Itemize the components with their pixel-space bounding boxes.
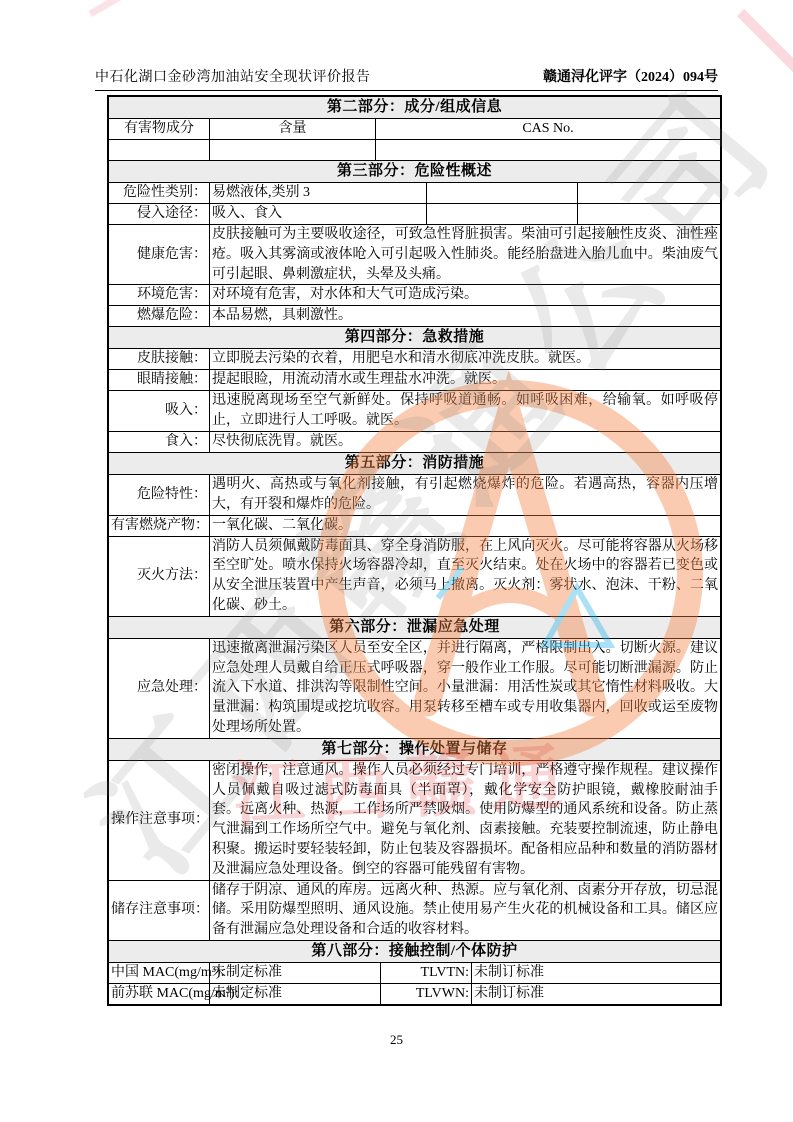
row-label-cell: 前苏联 MAC(mg/m³): [109, 984, 209, 1004]
table-cell: 迅速脱离现场至空气新鲜处。保持呼吸道通畅。如呼吸困难，给输氧。如呼吸停止，立即进… [209, 391, 720, 431]
table-cell: 本品易燃，具刺激性。 [209, 306, 720, 326]
cell-text: 储存于阴凉、通风的库房。远离火种、热源。应与氧化剂、卤素分开存放，切忌混储。采用… [212, 881, 718, 940]
table-cell: 消防人员须佩戴防毒面具、穿全身消防服，在上风向灭火。尽可能将容器从火场移至空旷处… [209, 537, 720, 616]
table-cell [577, 183, 720, 203]
row-label-cell: 皮肤接触： [109, 349, 209, 369]
table-cell [426, 183, 577, 203]
cell-text: 有害物成分 [111, 119, 207, 139]
cell-text: 操作注意事项： [111, 810, 207, 830]
watermark-corner-mark [737, 9, 793, 77]
cell-text: 吸入： [111, 401, 207, 421]
row-label-cell: 操作注意事项： [109, 761, 209, 880]
table-row: 灭火方法：消防人员须佩戴防毒面具、穿全身消防服，在上风向灭火。尽可能将容器从火场… [109, 536, 720, 616]
cell-text: 提起眼睑，用流动清水或生理盐水冲洗。就医。 [212, 370, 718, 390]
table-row: 应急处理：迅速撤离泄漏污染区人员至安全区，并进行隔离，严格限制出入。切断火源。建… [109, 638, 720, 738]
table-row: 皮肤接触：立即脱去污染的衣着，用肥皂水和清水彻底冲洗皮肤。就医。 [109, 348, 720, 369]
table-cell: 含量 [209, 119, 375, 139]
header-report-title: 中石化湖口金砂湾加油站安全现状评价报告 [95, 66, 371, 86]
cell-text: TLVWN: [383, 984, 469, 1004]
table-cell: 未制定标准 [209, 963, 380, 983]
section-header-row: 第八部分：接触控制/个体防护 [109, 940, 720, 962]
header-doc-number: 赣通浔化评字（2024）094号 [543, 66, 718, 86]
table-cell: CAS No. [375, 119, 720, 139]
table-row: 有害物成分含量CAS No. [109, 118, 720, 139]
cell-text: 迅速撤离泄漏污染区人员至安全区，并进行隔离，严格限制出入。切断火源。建议应急处理… [212, 639, 718, 738]
cell-text: 灭火方法： [111, 566, 207, 586]
cell-text: CAS No. [378, 119, 718, 139]
watermark-corner-mark-left [89, 0, 122, 17]
cell-text: 应急处理： [111, 678, 207, 698]
cell-text: 含量 [212, 119, 373, 139]
cell-text: 前苏联 MAC(mg/m³): [111, 984, 207, 1004]
table-row: 有害燃烧产物：一氧化碳、二氧化碳。 [109, 515, 720, 536]
cell-text: 中国 MAC(mg/m³): [111, 963, 207, 983]
cell-text: 食入： [111, 432, 207, 452]
cell-text: 未制订标准 [474, 984, 718, 1004]
table-cell [426, 204, 577, 224]
table-row: 食入：尽快彻底洗胃。就医。 [109, 431, 720, 452]
table-cell: 迅速撤离泄漏污染区人员至安全区，并进行隔离，严格限制出入。切断火源。建议应急处理… [209, 639, 720, 738]
row-label-cell: 有害物成分 [109, 119, 209, 139]
cell-text: 危险性类别： [111, 183, 207, 203]
table-row: 燃爆危险：本品易燃，具刺激性。 [109, 305, 720, 326]
section-header-row: 第三部分：危险性概述 [109, 160, 720, 182]
row-label-cell: 吸入： [109, 391, 209, 431]
table-cell: 储存于阴凉、通风的库房。远离火种、热源。应与氧化剂、卤素分开存放，切忌混储。采用… [209, 881, 720, 940]
table-row: 储存注意事项：储存于阴凉、通风的库房。远离火种、热源。应与氧化剂、卤素分开存放，… [109, 880, 720, 940]
table-cell: 易燃液体,类别 3 [209, 183, 426, 203]
row-label-cell: 食入： [109, 432, 209, 452]
table-cell: 一氧化碳、二氧化碳。 [209, 516, 720, 536]
table-cell: 密闭操作，注意通风。操作人员必须经过专门培训，严格遵守操作规程。建议操作人员佩戴… [209, 761, 720, 880]
table-row: 环境危害：对环境有危害，对水体和大气可造成污染。 [109, 284, 720, 305]
cell-text: 尽快彻底洗胃。就医。 [212, 432, 718, 452]
cell-text: 储存注意事项： [111, 900, 207, 920]
row-label-cell: 有害燃烧产物： [109, 516, 209, 536]
table-row: 眼睛接触：提起眼睑，用流动清水或生理盐水冲洗。就医。 [109, 369, 720, 390]
table-cell: TLVTN: [380, 963, 471, 983]
row-label-cell: 灭火方法： [109, 537, 209, 616]
row-label-cell: 环境危害： [109, 285, 209, 305]
section-header-row: 第四部分：急救措施 [109, 326, 720, 348]
cell-text: 遇明火、高热或与氧化剂接触，有引起燃烧爆炸的危险。若遇高热，容器内压增大，有开裂… [212, 475, 718, 515]
table-row: 操作注意事项：密闭操作，注意通风。操作人员必须经过专门培训，严格遵守操作规程。建… [109, 760, 720, 880]
section-header-row: 第二部分：成分/组成信息 [109, 97, 720, 118]
table-cell: 提起眼睑，用流动清水或生理盐水冲洗。就医。 [209, 370, 720, 390]
table-row: 危险性类别：易燃液体,类别 3 [109, 182, 720, 203]
table-row: 侵入途径：吸入、食入 [109, 203, 720, 224]
row-label-cell: 危险特性： [109, 475, 209, 515]
table-cell: 遇明火、高热或与氧化剂接触，有引起燃烧爆炸的危险。若遇高热，容器内压增大，有开裂… [209, 475, 720, 515]
cell-text: 本品易燃，具刺激性。 [212, 306, 718, 326]
table-cell: 对环境有危害，对水体和大气可造成污染。 [209, 285, 720, 305]
table-row: 中国 MAC(mg/m³):未制定标准TLVTN:未制订标准 [109, 962, 720, 983]
msds-table: 第二部分：成分/组成信息有害物成分含量CAS No.第三部分：危险性概述危险性类… [107, 95, 722, 1006]
cell-text: 侵入途径： [111, 204, 207, 224]
row-label-cell: 危险性类别： [109, 183, 209, 203]
cell-text: 密闭操作，注意通风。操作人员必须经过专门培训，严格遵守操作规程。建议操作人员佩戴… [212, 761, 718, 880]
section-header-row: 第七部分：操作处置与储存 [109, 738, 720, 760]
cell-text: 危险特性： [111, 485, 207, 505]
page-number: 25 [0, 1032, 793, 1048]
table-cell: 尽快彻底洗胃。就医。 [209, 432, 720, 452]
cell-text: 环境危害： [111, 285, 207, 305]
row-label-cell [109, 140, 209, 160]
row-label-cell: 应急处理： [109, 639, 209, 738]
table-cell [577, 204, 720, 224]
document-page: 中石化湖口金砂湾加油站安全现状评价报告 赣通浔化评字（2024）094号 第二部… [0, 0, 793, 1122]
table-row [109, 139, 720, 160]
table-cell: 立即脱去污染的衣着，用肥皂水和清水彻底冲洗皮肤。就医。 [209, 349, 720, 369]
table-cell [375, 140, 720, 160]
cell-text: 有害燃烧产物： [111, 516, 207, 536]
table-cell: 未制订标准 [471, 963, 720, 983]
table-row: 危险特性：遇明火、高热或与氧化剂接触，有引起燃烧爆炸的危险。若遇高热，容器内压增… [109, 474, 720, 515]
table-cell: 未制定标准 [209, 984, 380, 1004]
table-cell: 皮肤接触可为主要吸收途径，可致急性肾脏损害。柴油可引起接触性皮炎、油性痤疮。吸入… [209, 225, 720, 284]
row-label-cell: 眼睛接触： [109, 370, 209, 390]
cell-text: TLVTN: [383, 963, 469, 983]
table-cell: 吸入、食入 [209, 204, 426, 224]
cell-text: 迅速脱离现场至空气新鲜处。保持呼吸道通畅。如呼吸困难，给输氧。如呼吸停止，立即进… [212, 391, 718, 431]
cell-text: 皮肤接触： [111, 349, 207, 369]
cell-text: 未制定标准 [212, 984, 378, 1004]
table-cell [209, 140, 375, 160]
running-header: 中石化湖口金砂湾加油站安全现状评价报告 赣通浔化评字（2024）094号 [95, 60, 718, 91]
row-label-cell: 中国 MAC(mg/m³): [109, 963, 209, 983]
cell-text: 健康危害： [111, 245, 207, 265]
cell-text: 消防人员须佩戴防毒面具、穿全身消防服，在上风向灭火。尽可能将容器从火场移至空旷处… [212, 537, 718, 616]
cell-text: 皮肤接触可为主要吸收途径，可致急性肾脏损害。柴油可引起接触性皮炎、油性痤疮。吸入… [212, 225, 718, 284]
table-cell: 未制订标准 [471, 984, 720, 1004]
table-row: 健康危害：皮肤接触可为主要吸收途径，可致急性肾脏损害。柴油可引起接触性皮炎、油性… [109, 224, 720, 284]
table-row: 前苏联 MAC(mg/m³):未制定标准TLVWN:未制订标准 [109, 983, 720, 1004]
cell-text: 未制定标准 [212, 963, 378, 983]
row-label-cell: 储存注意事项： [109, 881, 209, 940]
cell-text: 立即脱去污染的衣着，用肥皂水和清水彻底冲洗皮肤。就医。 [212, 349, 718, 369]
cell-text: 对环境有危害，对水体和大气可造成污染。 [212, 285, 718, 305]
section-header-row: 第五部分：消防措施 [109, 452, 720, 474]
cell-text: 燃爆危险： [111, 306, 207, 326]
cell-text: 易燃液体,类别 3 [212, 183, 424, 203]
row-label-cell: 健康危害： [109, 225, 209, 284]
table-cell: TLVWN: [380, 984, 471, 1004]
cell-text: 一氧化碳、二氧化碳。 [212, 516, 718, 536]
cell-text: 眼睛接触： [111, 370, 207, 390]
cell-text: 未制订标准 [474, 963, 718, 983]
row-label-cell: 燃爆危险： [109, 306, 209, 326]
section-header-row: 第六部分：泄漏应急处理 [109, 616, 720, 638]
table-row: 吸入：迅速脱离现场至空气新鲜处。保持呼吸道通畅。如呼吸困难，给输氧。如呼吸停止，… [109, 390, 720, 431]
row-label-cell: 侵入途径： [109, 204, 209, 224]
cell-text: 吸入、食入 [212, 204, 424, 224]
